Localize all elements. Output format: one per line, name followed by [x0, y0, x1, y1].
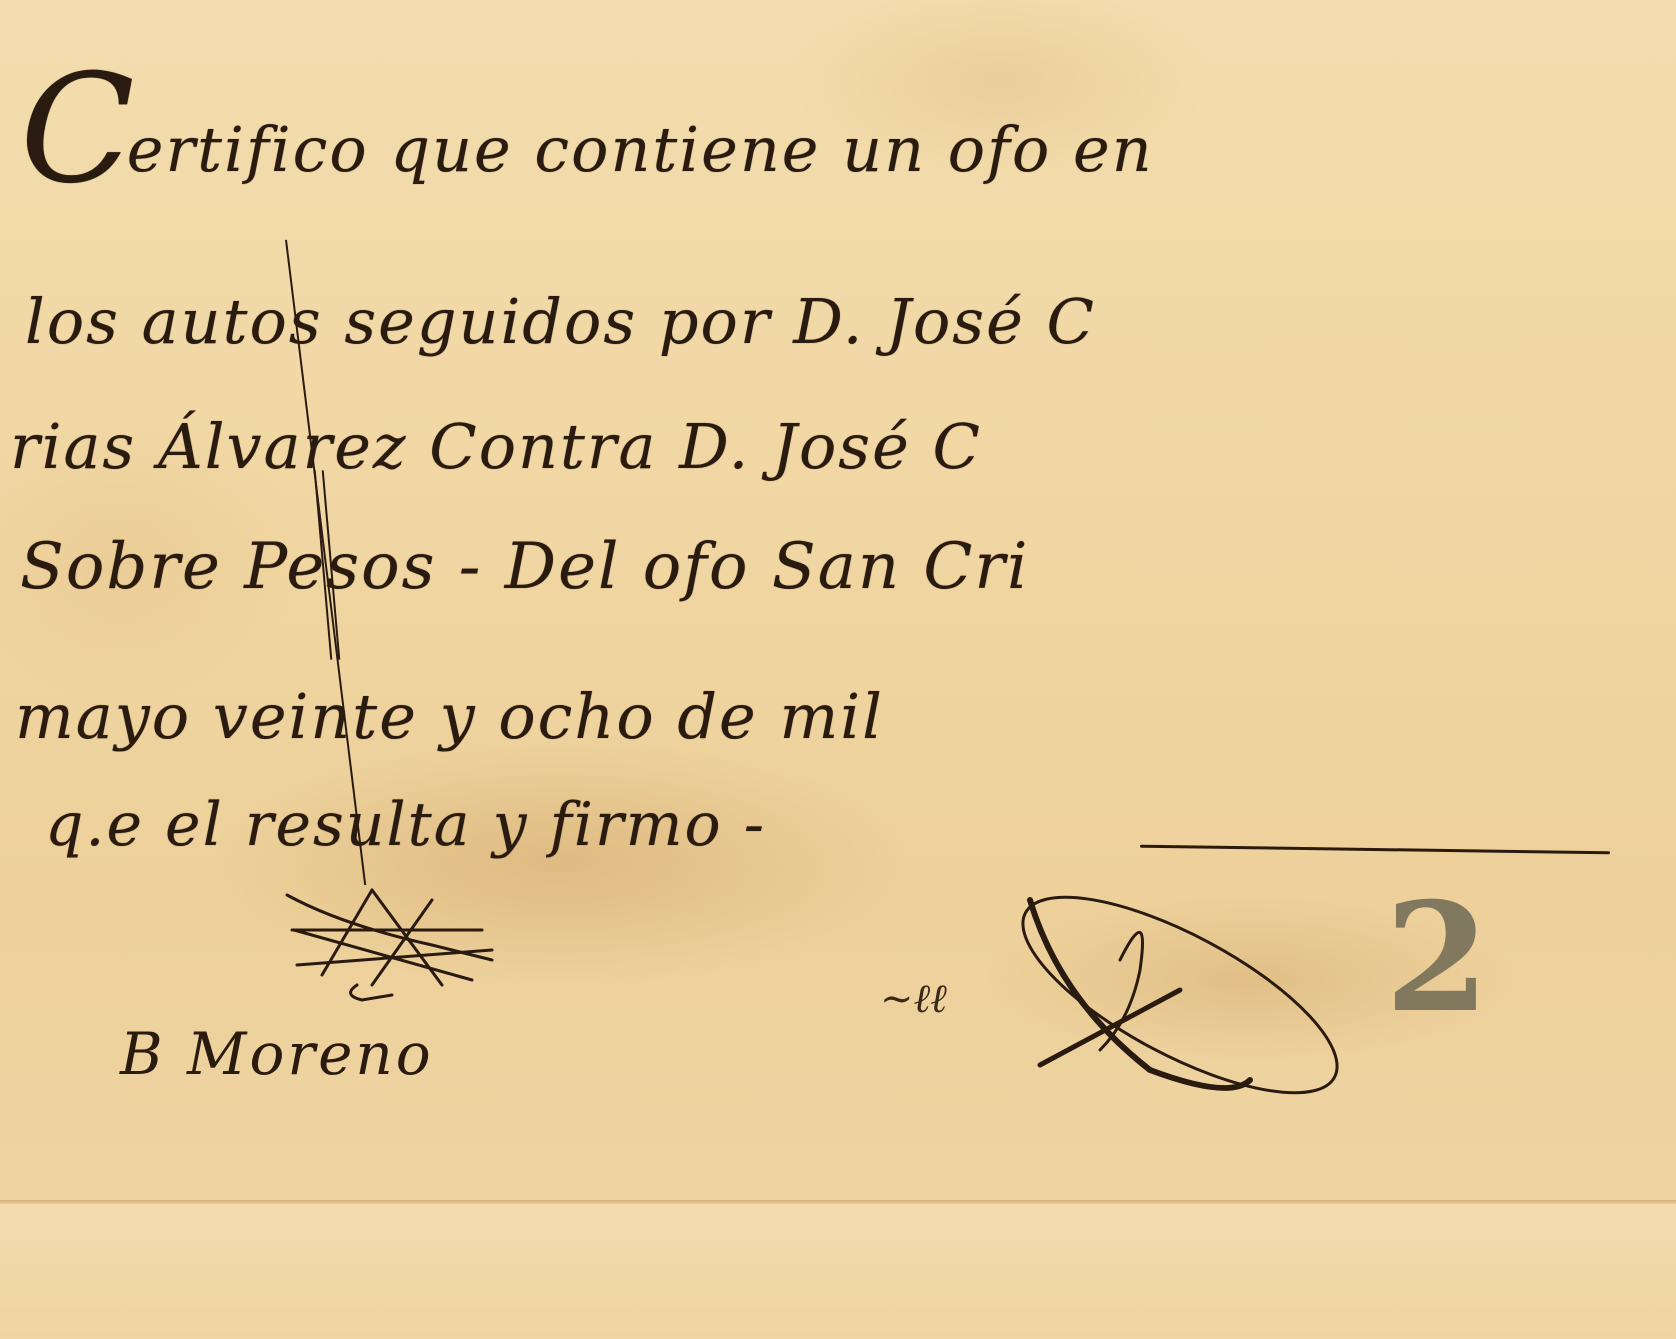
line-1-text: ertifico que contiene un ofo en [127, 113, 1154, 186]
text-line-5: mayo veinte y ocho de mil [15, 680, 884, 753]
initial-capital: C [20, 43, 137, 217]
text-line-1: Certifico que contiene un ofo en [20, 55, 1154, 205]
star-rubric-icon [282, 885, 512, 1005]
oval-rubric-icon [1000, 880, 1370, 1110]
text-line-3: rias Álvarez Contra D. José C [10, 410, 982, 483]
text-line-4: Sobre Pesos - Del ofo San Cri [20, 530, 1029, 604]
text-line-6: q.e el resulta y firmo - [45, 790, 766, 860]
text-line-2: los autos seguidos por D. José C [25, 285, 1096, 358]
rubric-scribble: ∼ℓℓ [880, 975, 947, 1022]
page-number-stamp: 2 [1385, 870, 1489, 1046]
lower-paper-strip [0, 1204, 1676, 1339]
signature: B Moreno [120, 1020, 434, 1088]
